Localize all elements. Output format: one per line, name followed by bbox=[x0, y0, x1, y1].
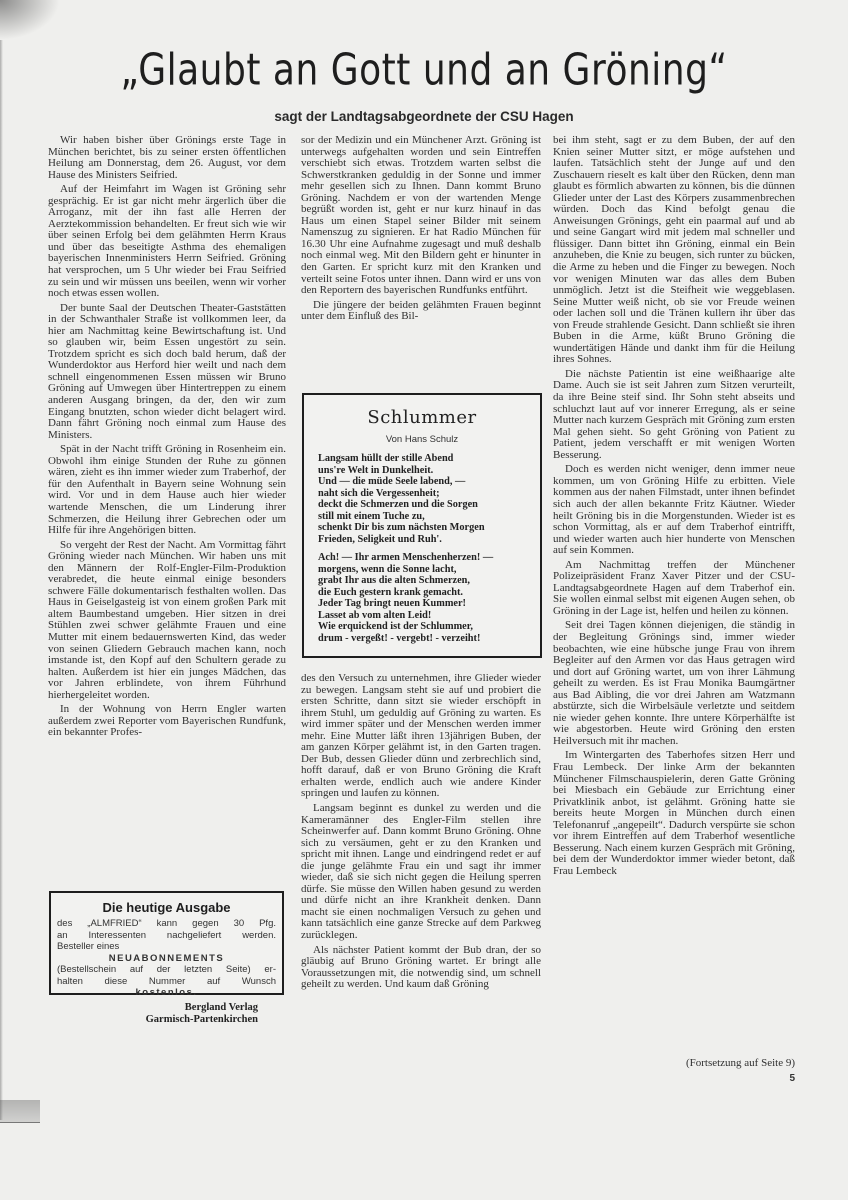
poem-box: Schlummer Von Hans Schulz Langsam hüllt … bbox=[302, 393, 542, 658]
continuation-note: (Fortsetzung auf Seite 9) bbox=[553, 1057, 795, 1069]
paragraph: Der bunte Saal der Deutschen Theater-Gas… bbox=[48, 303, 286, 442]
paragraph: Die nächste Patientin ist eine weißhaari… bbox=[553, 369, 795, 461]
scan-shadow-top-left bbox=[0, 0, 60, 40]
article-column-1: Wir haben bisher über Grönings erste Tag… bbox=[48, 135, 286, 742]
notice-line: an Interessenten nachgeliefert werden. bbox=[57, 930, 276, 942]
page-number: 5 bbox=[780, 1073, 795, 1084]
paragraph: Als nächster Patient kommt der Bub dran,… bbox=[301, 945, 541, 991]
poem-author: Von Hans Schulz bbox=[318, 434, 526, 445]
article-column-2-bottom: des den Versuch zu unternehmen, ihre Gli… bbox=[301, 673, 541, 994]
paragraph: Im Wintergarten des Taberhofes sitzen He… bbox=[553, 750, 795, 877]
poem-line: naht sich die Vergessenheit; bbox=[318, 488, 526, 500]
article-headline: „Glaubt an Gott und an Gröning“ bbox=[0, 46, 848, 95]
notice-line: des „ALMFRIED“ kann gegen 30 Pfg. bbox=[57, 918, 276, 930]
scan-page-edge bbox=[0, 40, 3, 1120]
notice-line: halten diese Nummer auf Wunsch bbox=[57, 976, 276, 988]
scan-shadow-bottom-left bbox=[0, 1100, 40, 1123]
paragraph: Am Nachmittag treffen der Münchener Poli… bbox=[553, 560, 795, 618]
poem-title: Schlummer bbox=[318, 407, 526, 428]
poem-line: schenkt Dir bis zum nächsten Morgen bbox=[318, 522, 526, 534]
poem-line: deckt die Schmerzen und die Sorgen bbox=[318, 499, 526, 511]
poem-line: grabt Ihr aus die alten Schmerzen, bbox=[318, 575, 526, 587]
paragraph: des den Versuch zu unternehmen, ihre Gli… bbox=[301, 673, 541, 800]
poem-line: still mit einem Tuche zu, bbox=[318, 511, 526, 523]
paragraph: In der Wohnung von Herrn Engler warten a… bbox=[48, 704, 286, 739]
paragraph: So vergeht der Rest der Nacht. Am Vormit… bbox=[48, 540, 286, 702]
poem-line: Und — die müde Seele labend, — bbox=[318, 476, 526, 488]
paragraph: Auf der Heimfahrt im Wagen ist Gröning s… bbox=[48, 184, 286, 299]
poem-line: Frieden, Seligkeit und Ruh'. bbox=[318, 534, 526, 546]
paragraph: Spät in der Nacht trifft Gröning in Rose… bbox=[48, 444, 286, 536]
poem-line: Wie erquickend ist der Schlummer, bbox=[318, 621, 526, 633]
notice-line: (Bestellschein auf der letzten Seite) er… bbox=[57, 964, 276, 976]
poem-line: Ach! — Ihr armen Menschenherzen! — bbox=[318, 552, 526, 564]
notice-line: kostenlos. bbox=[57, 987, 276, 999]
poem-line: uns're Welt in Dunkelheit. bbox=[318, 465, 526, 477]
subscription-notice-box: Die heutige Ausgabe des „ALMFRIED“ kann … bbox=[49, 891, 284, 995]
poem-line: Langsam hüllt der stille Abend bbox=[318, 453, 526, 465]
paragraph: Doch es werden nicht weniger, denn immer… bbox=[553, 464, 795, 556]
poem-stanza-1: Langsam hüllt der stille Abend uns're We… bbox=[318, 453, 526, 545]
poem-line: Lasset ab vom alten Leid! bbox=[318, 610, 526, 622]
poem-line: drum - vergeßt! - vergebt! - verzeiht! bbox=[318, 633, 526, 645]
article-column-3: bei ihm steht, sagt er zu dem Buben, der… bbox=[553, 135, 795, 880]
notice-highlight: NEUABONNEMENTS bbox=[57, 953, 276, 965]
paragraph: Langsam beginnt es dunkel zu werden und … bbox=[301, 803, 541, 942]
article-column-2-top: sor der Medizin und ein Münchener Arzt. … bbox=[301, 135, 541, 326]
paragraph: Seit drei Tagen können diejenigen, die s… bbox=[553, 620, 795, 747]
poem-line: Jeder Tag bringt neuen Kummer! bbox=[318, 598, 526, 610]
paragraph: sor der Medizin und ein Münchener Arzt. … bbox=[301, 135, 541, 297]
publisher-name: Bergland Verlag bbox=[57, 1002, 276, 1014]
publisher-location: Garmisch-Partenkirchen bbox=[57, 1014, 276, 1026]
poem-line: die Euch gestern krank gemacht. bbox=[318, 587, 526, 599]
article-subheadline: sagt der Landtagsabgeordnete der CSU Hag… bbox=[0, 109, 848, 124]
poem-stanza-2: Ach! — Ihr armen Menschenherzen! — morge… bbox=[318, 552, 526, 644]
poem-line: morgens, wenn die Sonne lacht, bbox=[318, 564, 526, 576]
paragraph: Die jüngere der beiden gelähmten Frauen … bbox=[301, 300, 541, 323]
notice-title: Die heutige Ausgabe bbox=[57, 900, 276, 915]
notice-line: Besteller eines bbox=[57, 941, 276, 953]
paragraph: Wir haben bisher über Grönings erste Tag… bbox=[48, 135, 286, 181]
paragraph: bei ihm steht, sagt er zu dem Buben, der… bbox=[553, 135, 795, 366]
